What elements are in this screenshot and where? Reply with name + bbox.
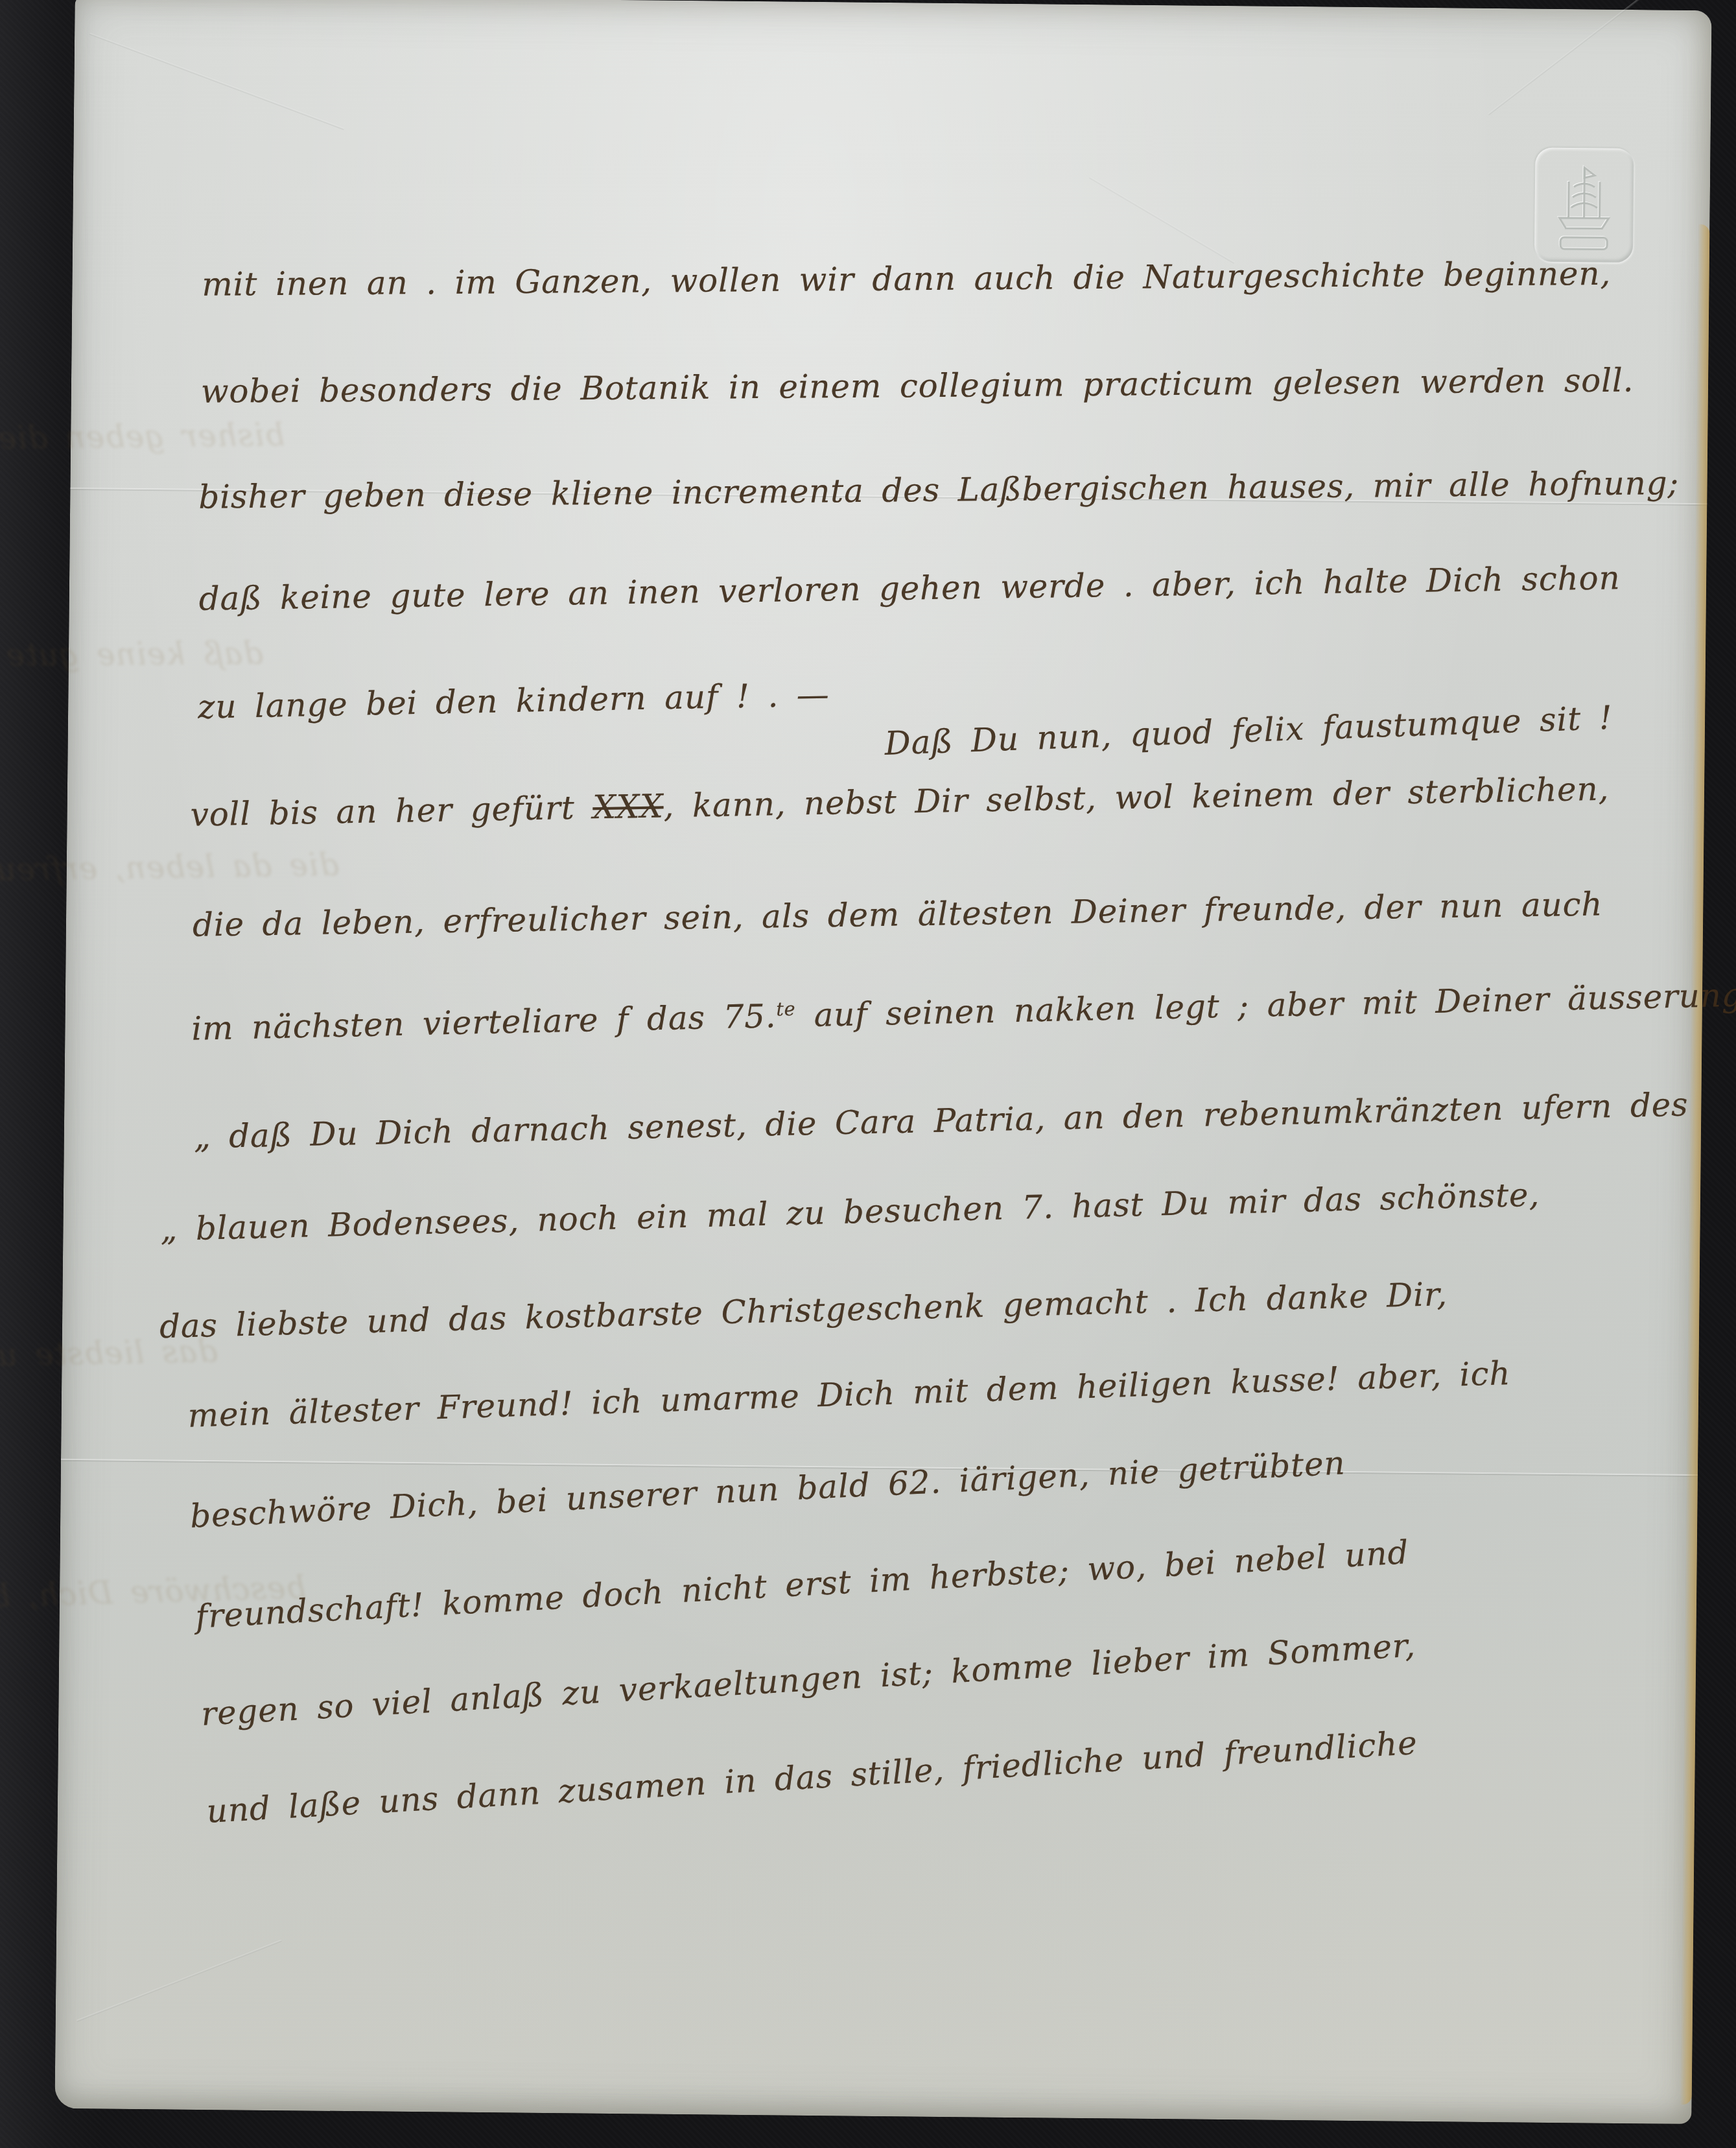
- deckle-edge: [1680, 224, 1710, 2105]
- bleedthrough-text: die da leben, erfreulicher sein, als dem…: [0, 847, 339, 903]
- handwritten-line: wobei besonders die Botanik in einem col…: [201, 361, 1634, 410]
- handwritten-line: die da leben, erfreulicher sein, als dem…: [193, 885, 1603, 943]
- handwritten-line: freundschaft! komme doch nicht erst im h…: [194, 1533, 1409, 1636]
- wrinkle-crease: [1488, 0, 1643, 115]
- wrinkle-crease: [76, 1940, 283, 2022]
- handwritten-line: und laße uns dann zusamen in das stille,…: [205, 1724, 1418, 1830]
- handwritten-line: mit inen an . im Ganzen, wollen wir dann…: [202, 255, 1611, 303]
- embossed-ship-seal-icon: [1534, 148, 1634, 263]
- handwritten-line: bisher geben diese kliene incrementa des…: [198, 464, 1679, 516]
- handwritten-line: daß keine gute lere an inen verloren geh…: [198, 559, 1621, 618]
- handwritten-line: das liebste und das kostbarste Christges…: [159, 1275, 1448, 1345]
- struck-out-word: XXX: [592, 787, 664, 826]
- handwritten-line: Daß Du nun, quod felix faustumque sit !: [884, 699, 1613, 762]
- scanner-background: { "document": { "kind": "handwritten let…: [0, 0, 1736, 2148]
- handwritten-line: „ daß Du Dich darnach senest, die Cara P…: [193, 1085, 1689, 1155]
- bleedthrough-text: bisher geben diese kliene incrementa des…: [0, 417, 285, 469]
- handwritten-line: voll bis an her gefürt XXX, kann, nebst …: [190, 770, 1610, 834]
- line-text: im nächsten vierteliare f das 75.: [191, 997, 777, 1048]
- handwritten-line: „ blauen Bodensees, noch ein mal zu besu…: [160, 1175, 1540, 1248]
- line-text: voll bis an her gefürt: [190, 788, 593, 833]
- bleedthrough-text: daß keine gute lere an inen verloren geh…: [0, 635, 263, 683]
- wrinkle-crease: [89, 32, 344, 130]
- line-text: auf seinen nakken legt ; aber mit Deiner…: [795, 976, 1736, 1034]
- handwritten-line: zu lange bei den kindern auf ! . —: [198, 676, 830, 726]
- superscript-ordinal: te: [776, 998, 796, 1021]
- wrinkle-crease: [1089, 176, 1235, 264]
- handwritten-line: regen so viel anlaß zu verkaeltungen ist…: [200, 1627, 1417, 1733]
- handwritten-line: mein ältester Freund! ich umarme Dich mi…: [187, 1354, 1511, 1435]
- handwritten-line: beschwöre Dich, bei unserer nun bald 62.…: [189, 1444, 1346, 1535]
- line-text: , kann, nebst Dir selbst, wol keinem der…: [663, 770, 1610, 825]
- letter-page: bisher geben diese kliene incrementa des…: [54, 0, 1711, 2124]
- handwritten-line: im nächsten vierteliare f das 75.te auf …: [191, 976, 1736, 1048]
